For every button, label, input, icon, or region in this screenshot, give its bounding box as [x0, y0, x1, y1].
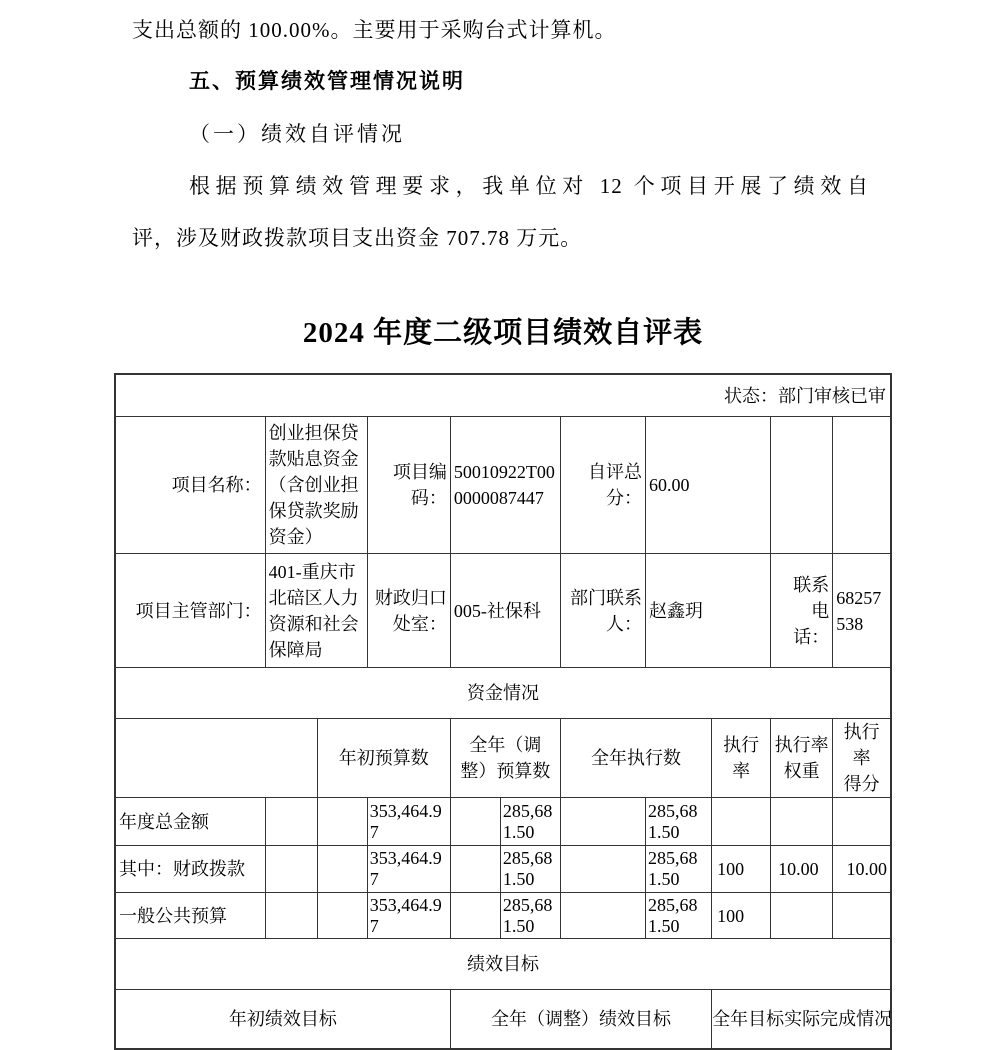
- empty-cell: [265, 846, 317, 893]
- goals-section-row: 绩效目标: [115, 939, 891, 990]
- rate-weight-value: [771, 893, 833, 939]
- paragraph-line-1: 根据预算绩效管理要求，我单位对 12 个项目开展了绩效自: [132, 160, 869, 212]
- empty-cell: [265, 798, 317, 846]
- document-text-block: 支出总额的 100.00%。主要用于采购台式计算机。 五、预算绩效管理情况说明 …: [132, 4, 869, 264]
- row-label: 其中：财政拨款: [115, 846, 265, 893]
- status-row: 状态：部门审核已审: [115, 374, 891, 417]
- goal-adjusted-header: 全年（调整）绩效目标: [450, 990, 711, 1013]
- dept-label: 项目主管部门：: [115, 554, 265, 668]
- goals-header-row: 年初绩效目标 全年（调整）绩效目标 全年目标实际完成情况: [115, 990, 891, 1013]
- rate-score-value: [833, 798, 891, 846]
- table-title: 2024 年度二级项目绩效自评表: [114, 314, 892, 352]
- empty-cell: [560, 846, 645, 893]
- initial-budget-value: 353,464.97: [367, 893, 450, 939]
- empty-cell: [560, 893, 645, 939]
- dept-value: 401-重庆市北碚区人力资源和社会保障局: [265, 554, 367, 668]
- rate-score-value: [833, 893, 891, 939]
- header-executed: 全年执行数: [560, 719, 711, 798]
- header-adjusted-budget: 全年（调 整）预算数: [450, 719, 560, 798]
- self-evaluation-table: 状态：部门审核已审 项目名称： 创业担保贷款贴息资金（含创业担保贷款奖励资金） …: [114, 373, 892, 1012]
- paragraph-continuation: 支出总额的 100.00%。主要用于采购台式计算机。: [132, 4, 869, 56]
- status-text: 状态：部门审核已审: [115, 374, 891, 417]
- funds-row-public-budget: 一般公共预算 353,464.97 285,681.50 285,681.50 …: [115, 893, 891, 939]
- contact-label: 部门联系 人：: [560, 554, 645, 668]
- empty-cell: [317, 798, 367, 846]
- paragraph-line-2: 评，涉及财政拨款项目支出资金 707.78 万元。: [132, 212, 869, 264]
- contact-value: 赵鑫玥: [646, 554, 771, 668]
- project-name-row: 项目名称： 创业担保贷款贴息资金（含创业担保贷款奖励资金） 项目编 码： 500…: [115, 417, 891, 554]
- empty-cell: [560, 798, 645, 846]
- execution-rate-value: 100: [712, 893, 771, 939]
- initial-budget-value: 353,464.97: [367, 846, 450, 893]
- empty-cell: [450, 893, 500, 939]
- empty-cell: [450, 846, 500, 893]
- empty-cell: [265, 893, 317, 939]
- finance-office-value: 005-社保科: [450, 554, 560, 668]
- header-execution-rate: 执行率: [712, 719, 771, 798]
- execution-rate-value: 100: [712, 846, 771, 893]
- executed-value: 285,681.50: [646, 893, 712, 939]
- adjusted-budget-value: 285,681.50: [500, 798, 560, 846]
- adjusted-budget-value: 285,681.50: [500, 893, 560, 939]
- rate-score-value: 10.00: [833, 846, 891, 893]
- goal-initial-header: 年初绩效目标: [115, 990, 450, 1013]
- goal-actual-header: 全年目标实际完成情况: [712, 990, 891, 1013]
- funds-section-title: 资金情况: [115, 668, 891, 719]
- subsection-heading: （一）绩效自评情况: [132, 108, 869, 160]
- empty-header-cell: [115, 719, 317, 798]
- self-score-value: 60.00: [646, 417, 771, 554]
- finance-office-label: 财政归口 处室：: [367, 554, 450, 668]
- empty-cell: [317, 893, 367, 939]
- header-initial-budget: 年初预算数: [317, 719, 450, 798]
- funds-section-row: 资金情况: [115, 668, 891, 719]
- project-name-value: 创业担保贷款贴息资金（含创业担保贷款奖励资金）: [265, 417, 367, 554]
- funds-row-fiscal: 其中：财政拨款 353,464.97 285,681.50 285,681.50…: [115, 846, 891, 893]
- self-score-label: 自评总 分：: [560, 417, 645, 554]
- row-label: 年度总金额: [115, 798, 265, 846]
- project-code-label: 项目编 码：: [367, 417, 450, 554]
- rate-weight-value: 10.00: [771, 846, 833, 893]
- empty-cell: [317, 846, 367, 893]
- project-name-label: 项目名称：: [115, 417, 265, 554]
- execution-rate-value: [712, 798, 771, 846]
- empty-cell: [771, 417, 833, 554]
- project-code-value: 50010922T000000087447: [450, 417, 560, 554]
- rate-weight-value: [771, 798, 833, 846]
- section-heading: 五、预算绩效管理情况说明: [132, 56, 869, 108]
- funds-row-total: 年度总金额 353,464.97 285,681.50 285,681.50: [115, 798, 891, 846]
- header-rate-weight: 执行率 权重: [771, 719, 833, 798]
- executed-value: 285,681.50: [646, 798, 712, 846]
- initial-budget-value: 353,464.97: [367, 798, 450, 846]
- phone-label: 联系 电 话：: [771, 554, 833, 668]
- funds-header-row: 年初预算数 全年（调 整）预算数 全年执行数 执行率 执行率 权重 执行率 得分: [115, 719, 891, 798]
- goals-section-title: 绩效目标: [115, 939, 891, 990]
- adjusted-budget-value: 285,681.50: [500, 846, 560, 893]
- header-rate-score: 执行率 得分: [833, 719, 891, 798]
- department-row: 项目主管部门： 401-重庆市北碚区人力资源和社会保障局 财政归口 处室： 00…: [115, 554, 891, 668]
- executed-value: 285,681.50: [646, 846, 712, 893]
- phone-value: 68257538: [833, 554, 891, 668]
- empty-cell: [450, 798, 500, 846]
- empty-cell: [833, 417, 891, 554]
- row-label: 一般公共预算: [115, 893, 265, 939]
